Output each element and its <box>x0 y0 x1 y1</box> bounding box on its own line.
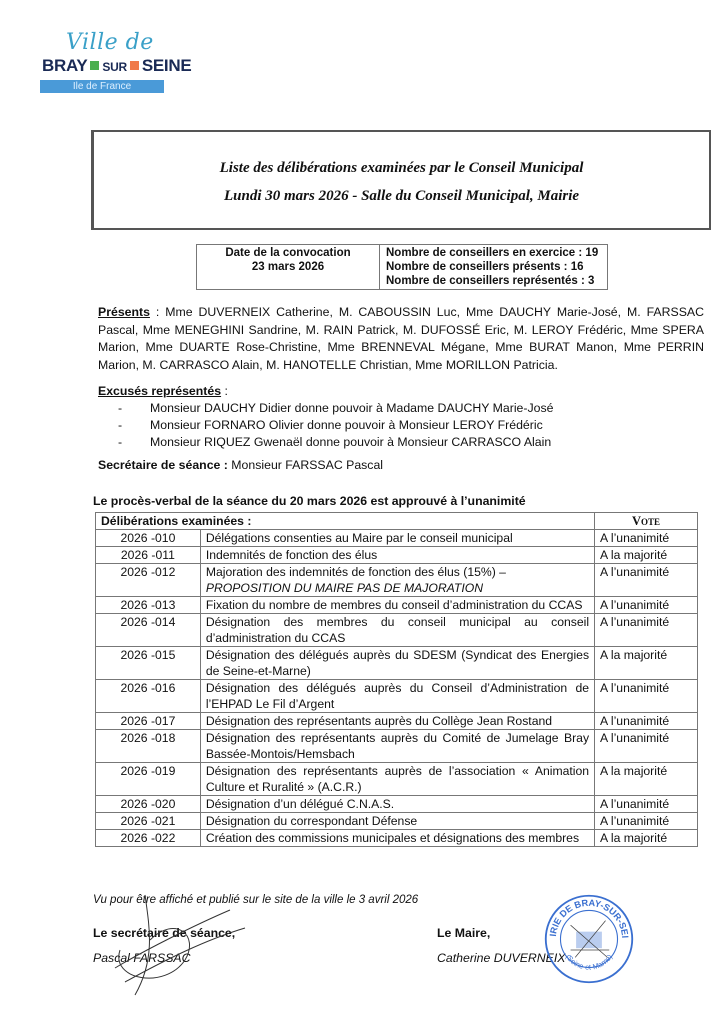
deliberation-object-text: Désignation des membres du conseil munic… <box>206 615 589 645</box>
logo-name-sur: SUR <box>102 60 126 74</box>
count-representes: Nombre de conseillers représentés : 3 <box>386 274 601 288</box>
deliberation-object-text: Désignation des délégués auprès du Conse… <box>206 681 589 711</box>
deliberation-number: 2026 -010 <box>96 530 201 547</box>
deliberation-vote: A l’unanimité <box>595 530 698 547</box>
mairie-stamp-icon: MAIRIE DE BRAY-SUR-SEINE (Seine-et-Marne… <box>543 893 635 985</box>
table-row: 2026 -014Désignation des membres du cons… <box>96 614 698 647</box>
excuses-section: Excusés représentés : Monsieur DAUCHY Di… <box>98 383 658 451</box>
deliberation-object: Création des commissions municipales et … <box>200 830 594 847</box>
excuses-label-suffix: : <box>221 384 228 398</box>
deliberation-object: Désignation des représentants auprès du … <box>200 730 594 763</box>
count-presents: Nombre de conseillers présents : 16 <box>386 260 601 274</box>
deliberation-number: 2026 -013 <box>96 597 201 614</box>
logo-region-band: Ile de France <box>40 80 164 93</box>
deliberation-object: Désignation des représentants auprès du … <box>200 713 594 730</box>
excuses-label: Excusés représentés <box>98 384 221 398</box>
logo-town-name: BRAYSURSEINE <box>42 56 191 76</box>
deliberation-object-text: Indemnités de fonction des élus <box>206 548 377 562</box>
deliberation-object: Majoration des indemnités de fonction de… <box>200 564 594 597</box>
meeting-date-location: Lundi 30 mars 2026 - Salle du Conseil Mu… <box>94 188 709 205</box>
secretaire-line: Secrétaire de séance : Monsieur FARSSAC … <box>98 458 383 472</box>
deliberation-vote: A l’unanimité <box>595 564 698 597</box>
deliberation-vote: A l’unanimité <box>595 614 698 647</box>
deliberation-number: 2026 -018 <box>96 730 201 763</box>
deliberation-number: 2026 -019 <box>96 763 201 796</box>
table-row: 2026 -021Désignation du correspondant Dé… <box>96 813 698 830</box>
vote-header: Vote <box>595 513 698 530</box>
deliberation-object-text: Désignation des représentants auprès du … <box>206 714 552 728</box>
deliberation-number: 2026 -011 <box>96 547 201 564</box>
deliberation-object-text: Création des commissions municipales et … <box>206 831 579 845</box>
deliberation-object-text: Désignation du correspondant Défense <box>206 814 417 828</box>
deliberation-object-text: Désignation des délégués auprès du SDESM… <box>206 648 589 678</box>
deliberation-object: Désignation des représentants auprès de … <box>200 763 594 796</box>
deliberation-object-text: Majoration des indemnités de fonction de… <box>206 565 506 579</box>
convocation-table: Date de la convocation 23 mars 2026 Nomb… <box>196 244 608 290</box>
count-en-exercice: Nombre de conseillers en exercice : 19 <box>386 246 601 260</box>
list-item: Monsieur FORNARO Olivier donne pouvoir à… <box>98 417 658 434</box>
presents-paragraph: Présents : Mme DUVERNEIX Catherine, M. C… <box>98 304 704 374</box>
table-row: 2026 -022Création des commissions munici… <box>96 830 698 847</box>
logo-name-bray: BRAY <box>42 56 87 75</box>
deliberation-vote: A la majorité <box>595 647 698 680</box>
conseillers-counts-cell: Nombre de conseillers en exercice : 19 N… <box>380 245 608 290</box>
table-row: 2026 -012Majoration des indemnités de fo… <box>96 564 698 597</box>
deliberation-object-text: Désignation des représentants auprès du … <box>206 731 589 761</box>
logo-name-seine: SEINE <box>142 56 192 75</box>
town-logo: Ville de BRAYSURSEINE Ile de France <box>40 30 200 100</box>
table-row: 2026 -016Désignation des délégués auprès… <box>96 680 698 713</box>
deliberation-number: 2026 -021 <box>96 813 201 830</box>
deliberation-object: Désignation des délégués auprès du SDESM… <box>200 647 594 680</box>
deliberation-vote: A l’unanimité <box>595 713 698 730</box>
deliberation-number: 2026 -016 <box>96 680 201 713</box>
deliberation-object-text: Délégations consenties au Maire par le c… <box>206 531 513 545</box>
deliberation-number: 2026 -020 <box>96 796 201 813</box>
presents-label: Présents <box>98 305 150 319</box>
table-row: 2026 -017Désignation des représentants a… <box>96 713 698 730</box>
deliberation-vote: A la majorité <box>595 763 698 796</box>
deliberation-vote: A l’unanimité <box>595 680 698 713</box>
orange-square-icon <box>130 61 139 70</box>
deliberations-body: 2026 -010Délégations consenties au Maire… <box>96 530 698 847</box>
convocation-date-cell: Date de la convocation 23 mars 2026 <box>197 245 380 290</box>
deliberation-vote: A la majorité <box>595 830 698 847</box>
deliberation-object: Désignation des membres du conseil munic… <box>200 614 594 647</box>
deliberation-vote: A l’unanimité <box>595 813 698 830</box>
deliberation-vote: A la majorité <box>595 547 698 564</box>
presents-list: : Mme DUVERNEIX Catherine, M. CABOUSSIN … <box>98 305 704 372</box>
deliberation-object: Fixation du nombre de membres du conseil… <box>200 597 594 614</box>
list-item: Monsieur DAUCHY Didier donne pouvoir à M… <box>98 400 658 417</box>
deliberation-object: Désignation du correspondant Défense <box>200 813 594 830</box>
convocation-date: 23 mars 2026 <box>203 260 373 274</box>
green-square-icon <box>90 61 99 70</box>
deliberation-object: Délégations consenties au Maire par le c… <box>200 530 594 547</box>
svg-text:(Seine-et-Marne): (Seine-et-Marne) <box>564 953 614 972</box>
deliberations-header: Délibérations examinées : <box>96 513 595 530</box>
deliberation-object-text: Fixation du nombre de membres du conseil… <box>206 598 583 612</box>
table-row: 2026 -013Fixation du nombre de membres d… <box>96 597 698 614</box>
table-row: 2026 -011Indemnités de fonction des élus… <box>96 547 698 564</box>
deliberation-number: 2026 -022 <box>96 830 201 847</box>
table-row: 2026 -020Désignation d’un délégué C.N.A.… <box>96 796 698 813</box>
deliberation-object: Désignation d’un délégué C.N.A.S. <box>200 796 594 813</box>
deliberation-vote: A l’unanimité <box>595 796 698 813</box>
deliberation-object-text: Désignation des représentants auprès de … <box>206 764 589 794</box>
excuses-list: Monsieur DAUCHY Didier donne pouvoir à M… <box>98 400 658 451</box>
document-title-box: Liste des délibérations examinées par le… <box>91 130 711 230</box>
deliberation-number: 2026 -014 <box>96 614 201 647</box>
table-row: 2026 -018Désignation des représentants a… <box>96 730 698 763</box>
list-item: Monsieur RIQUEZ Gwenaël donne pouvoir à … <box>98 434 658 451</box>
maire-signature-label: Le Maire, <box>437 926 490 940</box>
deliberation-object: Indemnités de fonction des élus <box>200 547 594 564</box>
deliberation-vote: A l’unanimité <box>595 730 698 763</box>
deliberation-object-text: Désignation d’un délégué C.N.A.S. <box>206 797 394 811</box>
deliberation-note: PROPOSITION DU MAIRE PAS DE MAJORATION <box>206 581 483 595</box>
logo-script-text: Ville de <box>66 30 154 55</box>
deliberation-number: 2026 -017 <box>96 713 201 730</box>
convocation-label: Date de la convocation <box>203 246 373 260</box>
pv-approval-statement: Le procès-verbal de la séance du 20 mars… <box>93 494 526 508</box>
table-row: 2026 -019Désignation des représentants a… <box>96 763 698 796</box>
deliberation-number: 2026 -015 <box>96 647 201 680</box>
handwritten-signature-icon <box>105 890 255 1000</box>
secretaire-label: Secrétaire de séance : <box>98 458 228 472</box>
deliberation-number: 2026 -012 <box>96 564 201 597</box>
secretaire-value: Monsieur FARSSAC Pascal <box>228 458 383 472</box>
deliberation-object: Désignation des délégués auprès du Conse… <box>200 680 594 713</box>
deliberations-table: Délibérations examinées : Vote 2026 -010… <box>95 512 698 847</box>
table-row: 2026 -010Délégations consenties au Maire… <box>96 530 698 547</box>
table-row: 2026 -015Désignation des délégués auprès… <box>96 647 698 680</box>
deliberation-vote: A l’unanimité <box>595 597 698 614</box>
document-title: Liste des délibérations examinées par le… <box>94 160 709 177</box>
